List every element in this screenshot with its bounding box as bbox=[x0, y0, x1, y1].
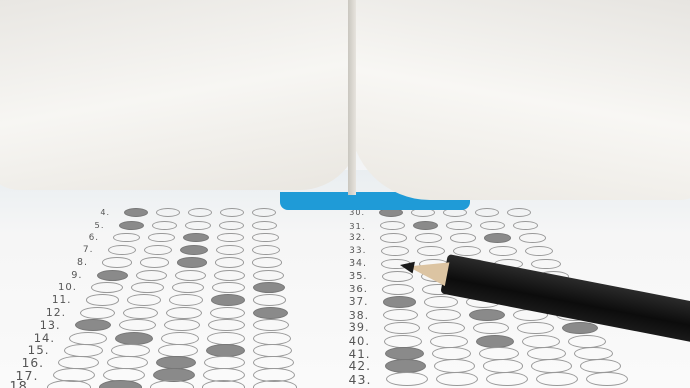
answer-bubble[interactable] bbox=[102, 257, 132, 268]
answer-bubble[interactable] bbox=[144, 245, 172, 255]
answer-bubble[interactable] bbox=[127, 294, 161, 306]
answer-bubble[interactable] bbox=[210, 307, 245, 319]
answer-bubble[interactable] bbox=[215, 257, 245, 268]
question-number: 12. bbox=[36, 306, 66, 319]
answer-bubble[interactable] bbox=[152, 221, 177, 230]
answer-bubble[interactable] bbox=[453, 246, 481, 256]
answer-bubble[interactable] bbox=[519, 233, 546, 243]
answer-bubble[interactable] bbox=[428, 322, 465, 335]
answer-bubble[interactable] bbox=[486, 372, 528, 386]
question-number: 8. bbox=[58, 257, 88, 268]
answer-bubble[interactable] bbox=[252, 208, 276, 217]
answer-bubble[interactable] bbox=[166, 307, 201, 319]
answer-bubble[interactable] bbox=[219, 221, 244, 230]
answer-bubble[interactable] bbox=[119, 319, 156, 332]
answer-bubble[interactable] bbox=[86, 294, 120, 306]
answer-bubble[interactable] bbox=[430, 335, 468, 348]
answer-bubble[interactable] bbox=[188, 208, 212, 217]
answer-bubble[interactable] bbox=[253, 380, 297, 388]
answer-bubble[interactable] bbox=[384, 322, 421, 335]
answer-bubble[interactable] bbox=[212, 282, 244, 293]
answer-row: 9. bbox=[53, 270, 292, 281]
answer-bubble[interactable] bbox=[148, 233, 175, 243]
answer-bubble[interactable] bbox=[175, 270, 206, 281]
answer-bubble[interactable] bbox=[507, 208, 531, 217]
answer-bubble[interactable] bbox=[91, 282, 123, 293]
question-number: 39. bbox=[340, 321, 370, 334]
answer-row: 8. bbox=[58, 257, 290, 268]
answer-bubble[interactable] bbox=[383, 296, 417, 308]
answer-bubble[interactable] bbox=[476, 335, 514, 348]
answer-bubble[interactable] bbox=[469, 309, 504, 321]
question-number: 7. bbox=[64, 245, 94, 255]
answer-bubble[interactable] bbox=[252, 233, 279, 243]
book-pages-right bbox=[350, 0, 690, 200]
answer-bubble[interactable] bbox=[446, 221, 471, 230]
answer-bubble[interactable] bbox=[253, 294, 287, 306]
answer-bubble[interactable] bbox=[185, 221, 210, 230]
answer-row: 43. bbox=[342, 372, 637, 387]
answer-bubble[interactable] bbox=[164, 319, 201, 332]
answer-bubble[interactable] bbox=[522, 335, 560, 348]
answer-bubble[interactable] bbox=[253, 282, 285, 293]
answer-bubble[interactable] bbox=[47, 380, 91, 388]
photo-scene: 4.5.6.7.8.9.10.11.12.13.14.15.16.17.18. … bbox=[0, 0, 690, 388]
answer-row: 7. bbox=[64, 245, 289, 255]
pencil-lead bbox=[399, 259, 415, 273]
question-number: 9. bbox=[53, 270, 83, 281]
question-number: 37. bbox=[339, 296, 369, 308]
answer-row: 5. bbox=[75, 220, 286, 230]
book-gutter bbox=[348, 0, 356, 195]
answer-row: 12. bbox=[36, 306, 296, 319]
question-number: 33. bbox=[337, 246, 367, 256]
answer-row: 4. bbox=[80, 208, 284, 217]
answer-bubble[interactable] bbox=[380, 221, 405, 230]
answer-bubble[interactable] bbox=[253, 307, 288, 319]
answer-bubble[interactable] bbox=[80, 307, 115, 319]
answer-bubble[interactable] bbox=[386, 372, 428, 386]
answer-bubble[interactable] bbox=[253, 319, 290, 332]
answer-bubble[interactable] bbox=[208, 319, 245, 332]
answer-row: 6. bbox=[69, 233, 287, 243]
answer-bubble[interactable] bbox=[156, 208, 180, 217]
book-pages-left bbox=[0, 0, 360, 190]
answer-bubble[interactable] bbox=[220, 208, 244, 217]
question-number: 4. bbox=[80, 208, 110, 217]
answer-bubble[interactable] bbox=[136, 270, 167, 281]
answer-bubble[interactable] bbox=[216, 245, 244, 255]
answer-bubble[interactable] bbox=[531, 259, 561, 270]
question-number: 10. bbox=[47, 282, 77, 293]
question-number: 36. bbox=[338, 284, 368, 295]
answer-bubble[interactable] bbox=[525, 246, 553, 256]
answer-bubble[interactable] bbox=[383, 309, 418, 321]
answer-bubble[interactable] bbox=[211, 294, 245, 306]
answer-row: 32. bbox=[336, 233, 554, 243]
answer-bubble[interactable] bbox=[97, 270, 128, 281]
answer-bubble[interactable] bbox=[169, 294, 203, 306]
answer-bubble[interactable] bbox=[75, 319, 112, 332]
question-number: 11. bbox=[42, 294, 72, 306]
answer-bubble[interactable] bbox=[253, 270, 284, 281]
answer-bubble[interactable] bbox=[172, 282, 204, 293]
answer-row: 31. bbox=[336, 221, 547, 231]
answer-row: 18. bbox=[3, 380, 305, 388]
answer-bubble[interactable] bbox=[424, 296, 458, 308]
answer-bubble[interactable] bbox=[480, 221, 505, 230]
answer-bubble[interactable] bbox=[140, 257, 170, 268]
answer-bubble[interactable] bbox=[131, 282, 163, 293]
answer-bubble[interactable] bbox=[513, 221, 538, 230]
question-number: 18. bbox=[3, 380, 33, 388]
question-number: 31. bbox=[336, 221, 366, 231]
answer-bubble[interactable] bbox=[202, 380, 246, 388]
answer-bubble[interactable] bbox=[252, 221, 277, 230]
answer-row: 10. bbox=[47, 282, 293, 293]
answer-bubble[interactable] bbox=[123, 307, 158, 319]
answer-bubble[interactable] bbox=[536, 372, 578, 386]
question-number: 34. bbox=[337, 258, 367, 269]
question-number: 13. bbox=[31, 319, 61, 332]
answer-bubble[interactable] bbox=[586, 372, 628, 386]
answer-bubble[interactable] bbox=[124, 208, 148, 217]
answer-bubble[interactable] bbox=[180, 245, 208, 255]
answer-bubble[interactable] bbox=[384, 335, 422, 348]
answer-bubble[interactable] bbox=[562, 322, 599, 335]
question-number: 5. bbox=[75, 220, 105, 230]
answer-bubble[interactable] bbox=[150, 380, 194, 388]
answer-bubble[interactable] bbox=[450, 233, 477, 243]
answer-bubble[interactable] bbox=[436, 372, 478, 386]
answer-bubble[interactable] bbox=[252, 257, 282, 268]
question-number: 43. bbox=[342, 372, 372, 387]
answer-bubble[interactable] bbox=[183, 233, 210, 243]
answer-bubble[interactable] bbox=[108, 245, 136, 255]
answer-bubble[interactable] bbox=[517, 322, 554, 335]
answer-bubble[interactable] bbox=[217, 233, 244, 243]
answer-bubble[interactable] bbox=[484, 233, 511, 243]
answer-bubble[interactable] bbox=[99, 380, 143, 388]
answer-bubble[interactable] bbox=[177, 257, 207, 268]
answer-row: 13. bbox=[31, 319, 298, 332]
answer-bubble[interactable] bbox=[214, 270, 245, 281]
question-number: 35. bbox=[338, 271, 368, 282]
answer-bubble[interactable] bbox=[489, 246, 517, 256]
answer-bubble[interactable] bbox=[252, 245, 280, 255]
answer-bubble[interactable] bbox=[119, 221, 144, 230]
question-number: 6. bbox=[69, 233, 99, 243]
question-number: 32. bbox=[336, 233, 366, 243]
answer-row: 11. bbox=[42, 294, 295, 306]
answer-bubble[interactable] bbox=[380, 233, 407, 243]
answer-bubble[interactable] bbox=[475, 208, 499, 217]
question-number: 38. bbox=[339, 309, 369, 322]
answer-bubble[interactable] bbox=[415, 233, 442, 243]
answer-row: 39. bbox=[340, 321, 607, 334]
answer-bubble[interactable] bbox=[568, 335, 606, 348]
answer-bubble[interactable] bbox=[473, 322, 510, 335]
answer-bubble[interactable] bbox=[113, 233, 140, 243]
answer-bubble[interactable] bbox=[413, 221, 438, 230]
answer-bubble[interactable] bbox=[426, 309, 461, 321]
